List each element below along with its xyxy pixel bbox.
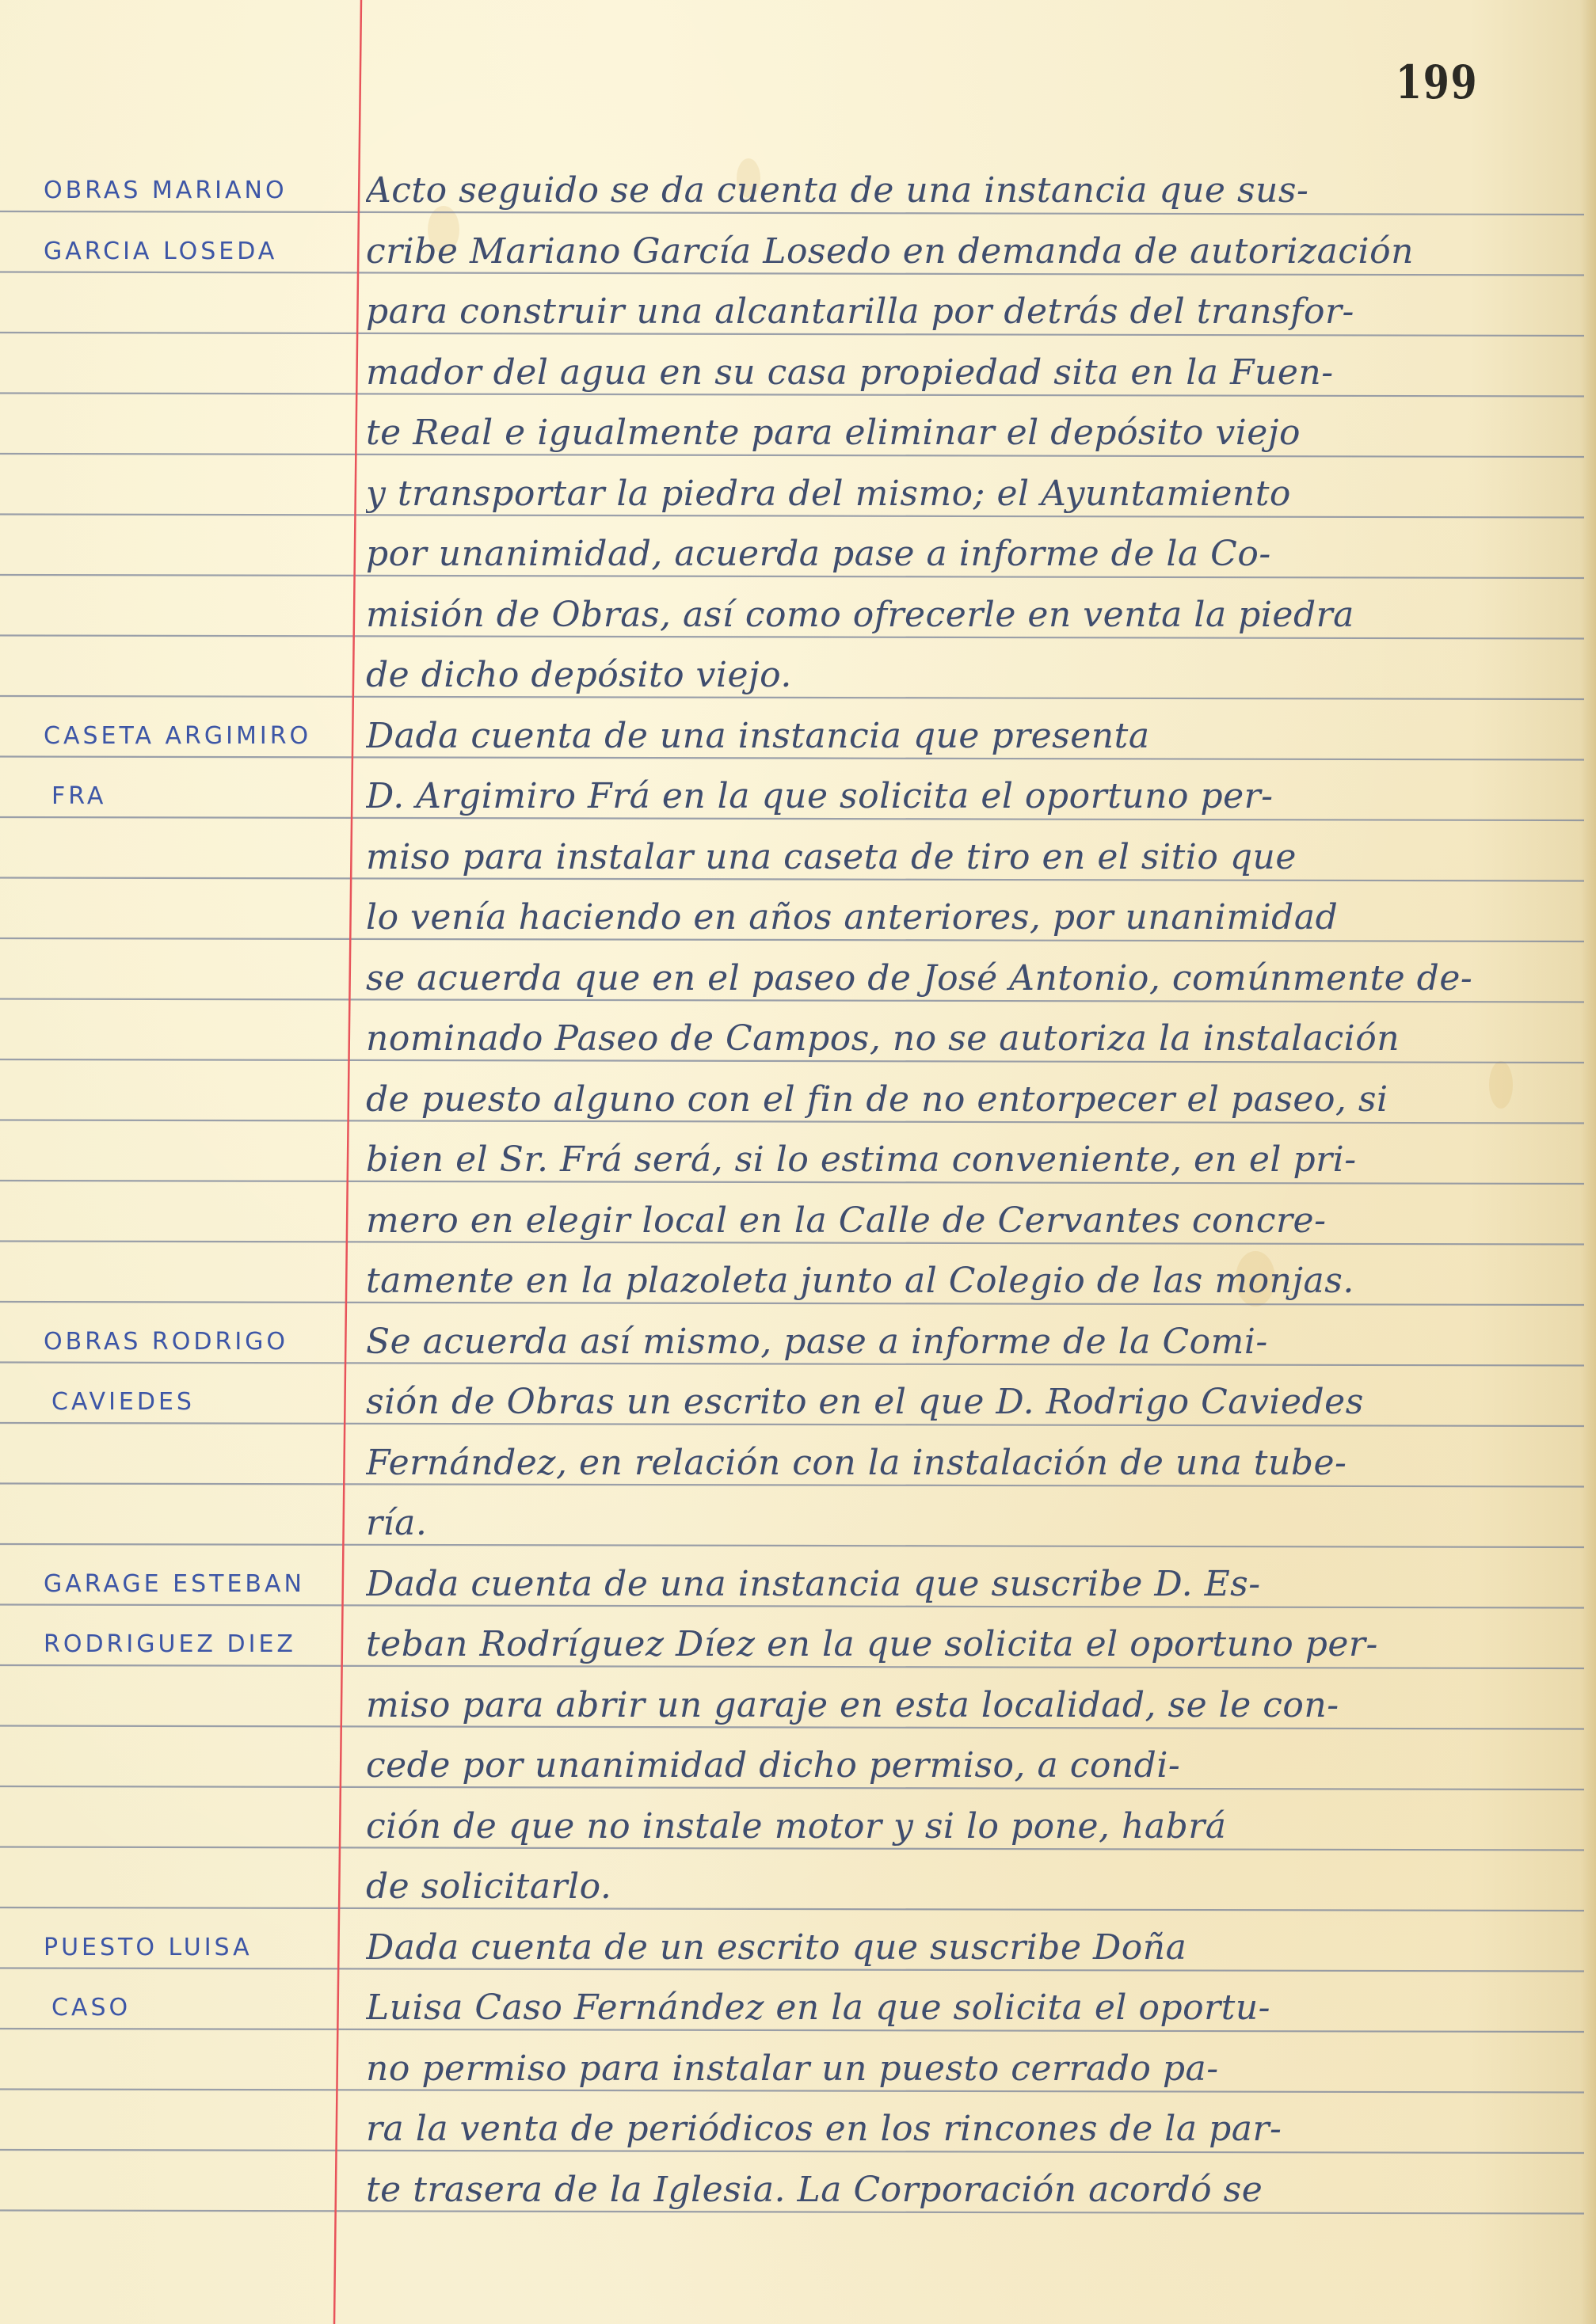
margin-note: GARCIA LOSEDA bbox=[44, 238, 277, 265]
text-line: ra la venta de periódicos en los rincone… bbox=[366, 2105, 1578, 2153]
text-line: Acto seguido se da cuenta de una instanc… bbox=[366, 167, 1578, 215]
text-line: se acuerda que en el paseo de José Anton… bbox=[366, 955, 1578, 1002]
margin-note: CAVIEDES bbox=[51, 1388, 195, 1416]
text-line: Luisa Caso Fernández en la que solicita … bbox=[366, 1984, 1578, 2032]
text-line: Se acuerda así mismo, pase a informe de … bbox=[366, 1318, 1578, 1366]
text-line: Dada cuenta de una instancia que suscrib… bbox=[366, 1561, 1578, 1608]
text-line: cede por unanimidad dicho permiso, a con… bbox=[366, 1742, 1578, 1790]
margin-note: CASETA ARGIMIRO bbox=[44, 722, 311, 750]
text-line: ción de que no instale motor y si lo pon… bbox=[366, 1803, 1578, 1850]
text-line: de solicitarlo. bbox=[366, 1863, 1578, 1911]
text-line: sión de Obras un escrito en el que D. Ro… bbox=[366, 1379, 1578, 1426]
text-line: para construir una alcantarilla por detr… bbox=[366, 288, 1578, 336]
text-line: miso para abrir un garaje en esta locali… bbox=[366, 1682, 1578, 1729]
text-line: bien el Sr. Frá será, si lo estima conve… bbox=[366, 1136, 1578, 1184]
margin-note: OBRAS MARIANO bbox=[44, 177, 288, 204]
text-line: Dada cuenta de una instancia que present… bbox=[366, 713, 1578, 760]
text-line: y transportar la piedra del mismo; el Ay… bbox=[366, 470, 1578, 518]
text-line: tamente en la plazoleta junto al Colegio… bbox=[366, 1257, 1578, 1305]
text-line: ría. bbox=[366, 1500, 1578, 1547]
text-line: te trasera de la Iglesia. La Corporación… bbox=[366, 2166, 1578, 2214]
text-line: de puesto alguno con el fin de no entorp… bbox=[366, 1076, 1578, 1124]
margin-note: FRA bbox=[51, 782, 106, 810]
text-line: mero en elegir local en la Calle de Cerv… bbox=[366, 1197, 1578, 1245]
text-line: D. Argimiro Frá en la que solicita el op… bbox=[366, 773, 1578, 820]
text-line: Fernández, en relación con la instalació… bbox=[366, 1440, 1578, 1487]
text-line: mador del agua en su casa propiedad sita… bbox=[366, 349, 1578, 397]
text-line: te Real e igualmente para eliminar el de… bbox=[366, 409, 1578, 457]
text-line: de dicho depósito viejo. bbox=[366, 652, 1578, 699]
text-line: Dada cuenta de un escrito que suscribe D… bbox=[366, 1924, 1578, 1972]
margin-note: RODRIGUEZ DIEZ bbox=[44, 1630, 296, 1658]
ledger-page: 199 OBRAS MARIANO GARCIA LOSEDA CASETA A… bbox=[0, 0, 1596, 2324]
text-line: misión de Obras, así como ofrecerle en v… bbox=[366, 591, 1578, 639]
margin-note: GARAGE ESTEBAN bbox=[44, 1570, 305, 1598]
margin-note: PUESTO LUISA bbox=[44, 1934, 253, 1961]
page-number: 199 bbox=[1396, 55, 1478, 109]
text-line: teban Rodríguez Díez en la que solicita … bbox=[366, 1621, 1578, 1668]
text-line: lo venía haciendo en años anteriores, po… bbox=[366, 894, 1578, 941]
text-line: cribe Mariano García Losedo en demanda d… bbox=[366, 228, 1578, 276]
text-line: nominado Paseo de Campos, no se autoriza… bbox=[366, 1015, 1578, 1063]
text-line: miso para instalar una caseta de tiro en… bbox=[366, 834, 1578, 881]
margin-note: CASO bbox=[51, 1994, 131, 2022]
text-line: por unanimidad, acuerda pase a informe d… bbox=[366, 531, 1578, 578]
margin-note: OBRAS RODRIGO bbox=[44, 1328, 288, 1356]
text-line: no permiso para instalar un puesto cerra… bbox=[366, 2045, 1578, 2093]
